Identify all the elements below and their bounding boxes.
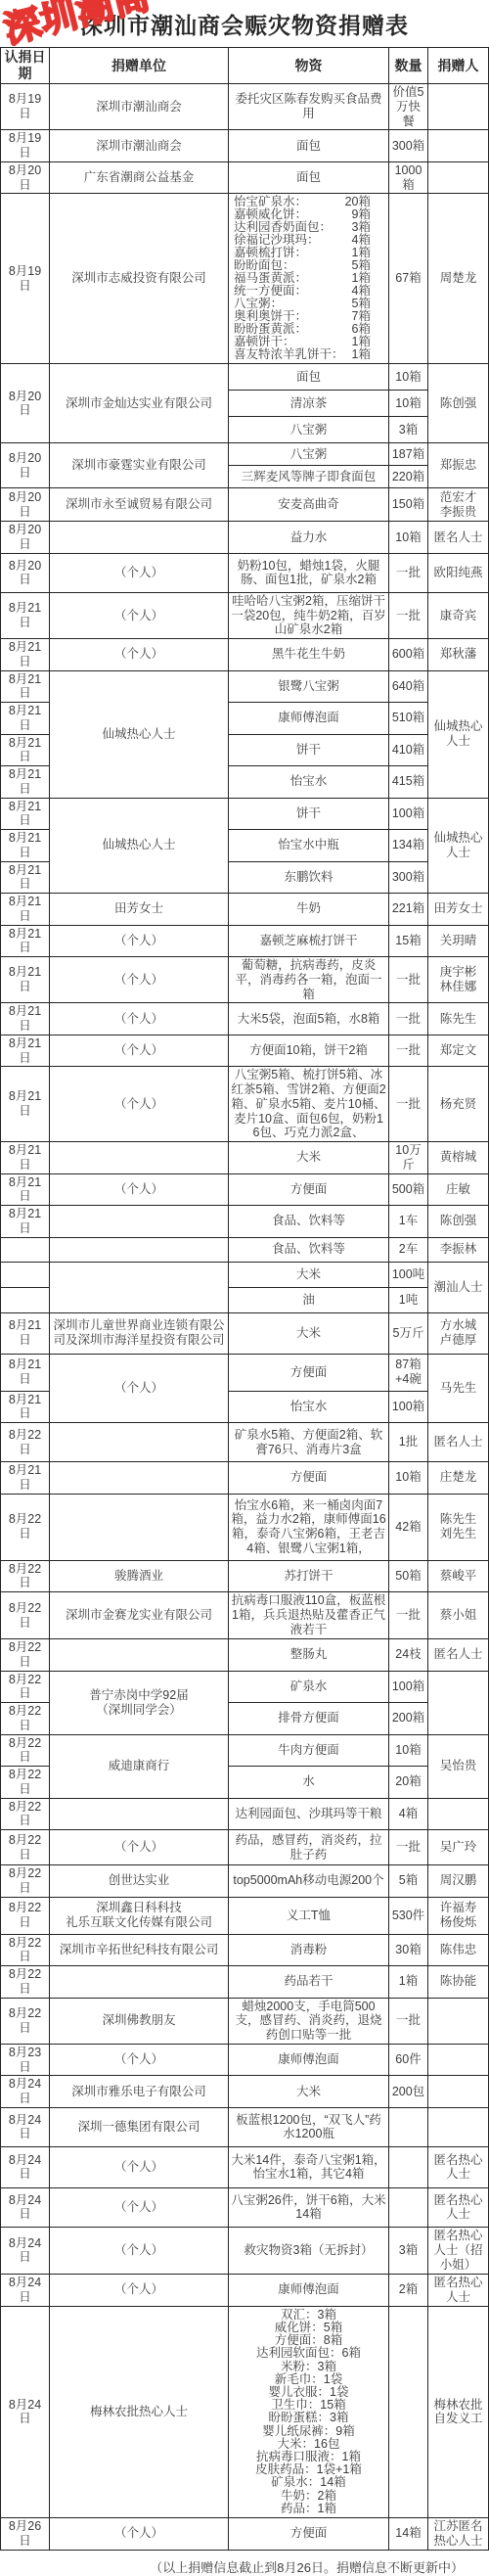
cell: 3箱 [389,2227,428,2274]
cell: 8月21日 [1,1354,50,1391]
cell: 8月21日 [1,1206,50,1238]
table-row: 8月22日深圳市金赛龙实业有限公司抗病毒口服液110盒，板蓝根1箱，兵兵退热贴及… [1,1592,489,1639]
cell: 10箱 [389,364,428,391]
footer-note: （以上捐赠信息截止到8月26日。捐赠信息不断更新中） [0,2551,489,2576]
cell: 8月22日 [1,1592,50,1639]
cell: 矿泉水5箱、方便面2箱、软膏76只、消毒片3盒 [229,1423,389,1462]
cell: 田芳女士 [50,894,229,926]
cell: 威迪康商行 [50,1734,229,1798]
cell: 8月22日 [1,1966,50,1999]
cell: 30箱 [389,1934,428,1966]
table-row: 8月22日达利园面包、沙琪玛等干粮4箱 [1,1798,489,1830]
cell: 安麦高曲奇 [229,488,389,522]
cell: 221箱 [389,894,428,926]
cell: 匿名人士 [428,522,489,554]
cell: 2箱 [389,2274,428,2306]
cell: 3箱 [389,417,428,443]
cell: 10箱 [389,522,428,554]
table-row: 8月21日大米10万斤黄榕城 [1,1142,489,1174]
cell: 康师傅泡面 [229,703,389,735]
cell: 深圳市雅乐电子有限公司 [50,2076,229,2108]
table-row: 8月21日（个人）方便面87箱 +4碗马先生 [1,1354,489,1391]
cell [428,1671,489,1734]
table-row: 8月21日食品、饮料等1车陈创强 [1,1206,489,1238]
cell: 8月23日 [1,2044,50,2076]
cell: 8月22日 [1,1830,50,1865]
table-row: 8月24日（个人）救灾物资3箱（无拆封）3箱匿名热心人士（招小姐） [1,2227,489,2274]
cell: 8月21日 [1,734,50,766]
cell [389,2107,428,2146]
cell: 深圳市潮汕商会 [50,84,229,130]
cell: 8月21日 [1,925,50,957]
cell: （个人） [50,1067,229,1142]
cell: 仙城热心人士 [50,798,229,894]
item-line: 牛奶：2箱 [229,2490,388,2503]
cell: 黄榕城 [428,1142,489,1174]
cell [1,1262,50,1287]
page-title: 深圳市潮汕商会赈灾物资捐赠表 [0,0,489,40]
cell: 三辉麦风等牌子即食面包 [229,466,389,488]
cell: 8月22日 [1,1734,50,1767]
column-header: 认捐日期 [1,48,50,84]
table-row: 8月19日深圳市潮汕商会委托灾区陈春发购买食品费用价值5万快餐 [1,84,489,130]
cell: 马先生 [428,1354,489,1423]
cell: 周楚龙 [428,194,489,364]
table-row: 8月22日创世达实业top5000mAh移动电源200个5箱周汉鹏 [1,1865,489,1898]
table-row: 8月24日（个人）康师傅泡面2箱匿名热心人士 [1,2274,489,2306]
cell: 8月21日 [1,1312,50,1354]
cell: 8月21日 [1,670,50,703]
cell: 嘉顿芝麻梳打饼干 [229,925,389,957]
cell: 康师傅泡面 [229,2274,389,2306]
cell [50,1462,229,1495]
table-row: 8月20日广东省潮商公益基金面包1000箱 [1,161,489,194]
cell: 关玥晴 [428,925,489,957]
cell [50,1639,229,1672]
cell: 方水城 卢德厚 [428,1312,489,1354]
cell: 委托灾区陈春发购买食品费用 [229,84,389,130]
table-row: 8月20日（个人）奶粉10包，蜡烛1袋，火腿肠、面包1批，矿泉水2箱一批欧阳纯燕 [1,553,489,592]
item-qty: 1箱 [352,348,371,361]
cell: 救灾物资3箱（无拆封） [229,2227,389,2274]
table-row: 8月21日（个人）葡萄糖，抗病毒药，皮炎平，消毒药各一箱，泡面一箱一批庚宇彬 林… [1,957,489,1003]
cell: 方便面 [229,1354,389,1391]
cell: 蜡烛2000支，手电筒500支，感冒药、消炎药，退烧药创口贴等一批 [229,1998,389,2044]
cell: 8月24日 [1,2227,50,2274]
table-row: 8月21日（个人）黑牛花生牛奶600箱郑秋藩 [1,639,489,671]
cell: 300箱 [389,861,428,894]
table-row: 8月19日深圳市潮汕商会面包300箱 [1,130,489,162]
cell: 奶粉10包，蜡烛1袋，火腿肠、面包1批，矿泉水2箱 [229,553,389,592]
cell: （个人） [50,1173,229,1206]
cell: 郑振忠 [428,443,489,488]
column-header: 物资 [229,48,389,84]
cell [428,1998,489,2044]
cell: 一批 [389,1067,428,1142]
cell: 530件 [389,1897,428,1934]
cell: 大米 [229,1262,389,1287]
cell: 一批 [389,592,428,638]
cell: 大米5袋，泡面5箱，水8箱 [229,1003,389,1035]
cell: 方便面10箱，饼干2箱 [229,1035,389,1067]
item-line: 婴儿纸尿裤：9箱 [229,2425,388,2438]
table-row: 8月21日仙城热心人士饼干100箱仙城热心人士 [1,798,489,830]
cell: 大米 [229,2076,389,2108]
cell: （个人） [50,2187,229,2227]
cell: 8月24日 [1,2187,50,2227]
cell: 八宝粥5箱、梳打饼5箱、冰红茶5箱、雪饼2箱、方便面2箱、矿泉水5箱、麦片10桶… [229,1067,389,1142]
table-row: 8月22日普宁赤岗中学92届 （深圳同学会）矿泉水100箱 [1,1671,489,1703]
table-row: 8月24日深圳市雅乐电子有限公司大米200包 [1,2076,489,2108]
cell: 一批 [389,1035,428,1067]
table-row: 8月24日梅林农批热心人士双汇：3箱威化饼：5箱方便面：8箱达利园软面包：6箱米… [1,2306,489,2517]
cell: 双汇：3箱威化饼：5箱方便面：8箱达利园软面包：6箱米粉：3箱新毛巾：1袋婴儿衣… [229,2306,389,2517]
cell: 8月26日 [1,2518,50,2551]
cell: 大米14件，泰奇八宝粥1箱，怡宝水1箱，其它4箱 [229,2146,389,2187]
cell: （个人） [50,2044,229,2076]
cell: 100箱 [389,1671,428,1703]
table-row: 8月22日怡宝水6箱，来一桶卤肉面7箱，益力水2箱，康师傅面16箱，泰奇八宝粥6… [1,1494,489,1560]
cell: 许福寿 杨俊烁 [428,1897,489,1934]
cell: （个人） [50,639,229,671]
cell: 周汉鹏 [428,1865,489,1898]
cell: 面包 [229,161,389,194]
cell: 方便面 [229,1462,389,1495]
cell [428,84,489,130]
table-row: 8月19日深圳市志威投资有限公司怡宝矿泉水：20箱嘉顿威化饼：9箱达利园香奶面包… [1,194,489,364]
cell: （个人） [50,553,229,592]
table-row: 8月21日（个人）嘉顿芝麻梳打饼干15箱关玥晴 [1,925,489,957]
cell: 庚宇彬 林佳娜 [428,957,489,1003]
cell: 黑牛花生牛奶 [229,639,389,671]
table-row: 8月21日深圳市儿童世界商业连锁有限公司及深圳市海洋星投资有限公司大米5万斤方水… [1,1312,489,1354]
column-header: 数量 [389,48,428,84]
cell: 87箱 +4碗 [389,1354,428,1391]
cell: 抗病毒口服液110盒，板蓝根1箱，兵兵退热贴及藿香正气液若干 [229,1592,389,1639]
cell: 梅林农批 自发义工 [428,2306,489,2517]
cell: 方便面 [229,2518,389,2551]
cell: 5万斤 [389,1312,428,1354]
cell: 8月21日 [1,830,50,862]
cell [1,1237,50,1262]
cell [50,1423,229,1462]
cell: 8月19日 [1,84,50,130]
cell: 牛肉方便面 [229,1734,389,1767]
donation-table-header: 认捐日期捐赠单位物资数量捐赠人 [1,48,489,84]
item-line: 新毛巾：1袋 [229,2373,388,2386]
cell: 面包 [229,364,389,391]
cell [428,2044,489,2076]
table-row: 8月21日（个人）八宝粥5箱、梳打饼5箱、冰红茶5箱、雪饼2箱、方便面2箱、矿泉… [1,1067,489,1142]
cell: 一批 [389,1830,428,1865]
cell: 庄楚龙 [428,1462,489,1495]
cell: 8月21日 [1,1003,50,1035]
cell: 深圳市豪霆实业有限公司 [50,443,229,488]
cell: 吴广玲 [428,1830,489,1865]
cell: 1000箱 [389,161,428,194]
table-row: 8月21日田芳女士牛奶221箱田芳女士 [1,894,489,926]
cell: 整肠丸 [229,1639,389,1672]
cell: （个人） [50,2227,229,2274]
cell: 怡宝水6箱，来一桶卤肉面7箱，益力水2箱，康师傅面16箱，泰奇八宝粥6箱，王老吉… [229,1494,389,1560]
cell: 8月21日 [1,894,50,926]
cell: 1箱 [389,1966,428,1999]
cell: 深圳市儿童世界商业连锁有限公司及深圳市海洋星投资有限公司 [50,1312,229,1354]
cell: 8月22日 [1,1767,50,1799]
item-line: 米粉：3箱 [229,2361,388,2373]
cell: 义工T恤 [229,1897,389,1934]
cell: 深圳佛教朋友 [50,1998,229,2044]
table-row: 8月22日深圳鑫日科科技 礼乐互联文化传媒有限公司义工T恤530件许福寿 杨俊烁 [1,1897,489,1934]
cell [50,1237,229,1262]
cell: 24枝 [389,1639,428,1672]
cell: （个人） [50,2146,229,2187]
item-line: 盼盼蛋糕：3箱 [229,2412,388,2424]
table-row: 大米100吨潮汕人士 [1,1262,489,1287]
table-row: 8月21日（个人）大米5袋，泡面5箱，水8箱一批陈先生 [1,1003,489,1035]
item-line: 达利园软面包：6箱 [229,2347,388,2360]
cell: 葡萄糖，抗病毒药，皮炎平，消毒药各一箱，泡面一箱 [229,957,389,1003]
cell: 600箱 [389,639,428,671]
cell: 8月21日 [1,1462,50,1495]
cell: 吴怡贵 [428,1734,489,1798]
cell: 10箱 [389,1734,428,1767]
cell [1,1287,50,1312]
cell: 8月22日 [1,1897,50,1934]
cell: 8月22日 [1,1703,50,1735]
cell: 田芳女士 [428,894,489,926]
cell: 10箱 [389,1462,428,1495]
table-row: 8月22日药品若干1箱陈协能 [1,1966,489,1999]
cell: 10箱 [389,391,428,417]
item-line: 药品：1箱 [229,2503,388,2515]
cell: 食品、饮料等 [229,1206,389,1238]
item-line: 大米：16包 [229,2438,388,2451]
cell: 八宝粥 [229,417,389,443]
cell: 陈先生 刘先生 [428,1494,489,1560]
cell: 8月22日 [1,1494,50,1560]
cell: 怡宝水 [229,1391,389,1423]
cell: （个人） [50,1354,229,1423]
cell: 2车 [389,1237,428,1262]
cell: 油 [229,1287,389,1312]
cell: 150箱 [389,488,428,522]
cell: 8月20日 [1,553,50,592]
cell: 创世达实业 [50,1865,229,1898]
cell: 8月22日 [1,1998,50,2044]
cell: 八宝粥26件，饼干6箱，大米14箱 [229,2187,389,2227]
cell: 陈伟忠 [428,1934,489,1966]
cell: 食品、饮料等 [229,1237,389,1262]
cell: 8月21日 [1,957,50,1003]
cell: 饼干 [229,734,389,766]
cell: 银鹭八宝粥 [229,670,389,703]
cell: 20箱 [389,1767,428,1799]
cell: 1车 [389,1206,428,1238]
table-row: 食品、饮料等2车李振林 [1,1237,489,1262]
cell: 8月21日 [1,1142,50,1174]
table-row: 8月22日骏腾酒业苏打饼干50箱蔡峻平 [1,1560,489,1592]
cell: 8月21日 [1,1067,50,1142]
cell: 一批 [389,1592,428,1639]
donation-table: 认捐日期捐赠单位物资数量捐赠人 8月19日深圳市潮汕商会委托灾区陈春发购买食品费… [0,47,489,2551]
cell: （个人） [50,925,229,957]
cell: 牛奶 [229,894,389,926]
cell: 匿名人士 [428,1639,489,1672]
table-row: 8月22日深圳佛教朋友蜡烛2000支，手电筒500支，感冒药、消炎药，退烧药创口… [1,1998,489,2044]
table-row: 8月20日深圳市金灿达实业有限公司面包10箱陈创强 [1,364,489,391]
table-row: 8月22日整肠丸24枝匿名人士 [1,1639,489,1672]
cell: （个人） [50,2274,229,2306]
cell: 187箱 [389,443,428,466]
cell: 42箱 [389,1494,428,1560]
cell: 欧阳纯燕 [428,553,489,592]
cell: 苏打饼干 [229,1560,389,1592]
cell: 8月19日 [1,194,50,364]
table-row: 8月22日（个人）药品，感冒药，消炎药，拉肚子药一批吴广玲 [1,1830,489,1865]
cell [428,1798,489,1830]
cell: 匿名热心人士 [428,2146,489,2187]
cell: 仙城热心人士 [50,670,229,798]
cell: 面包 [229,130,389,162]
cell [389,2306,428,2517]
cell: 怡宝矿泉水：20箱嘉顿威化饼：9箱达利园香奶面包：3箱徐福记沙琪玛：4箱嘉顿梳打… [229,194,389,364]
donation-table-body: 8月19日深圳市潮汕商会委托灾区陈春发购买食品费用价值5万快餐8月19日深圳市潮… [1,84,489,2551]
cell: 陈创强 [428,364,489,443]
cell: 一批 [389,1003,428,1035]
table-row: 8月22日威迪康商行牛肉方便面10箱吴怡贵 [1,1734,489,1767]
cell: 220箱 [389,466,428,488]
table-row: 8月21日仙城热心人士银鹭八宝粥640箱仙城热心人士 [1,670,489,703]
cell: 60件 [389,2044,428,2076]
cell: 深圳市志威投资有限公司 [50,194,229,364]
cell: 8月24日 [1,2107,50,2146]
cell: 深圳市金灿达实业有限公司 [50,364,229,443]
cell: 8月22日 [1,1865,50,1898]
cell [428,2076,489,2108]
table-row: 8月24日（个人）大米14件，泰奇八宝粥1箱，怡宝水1箱，其它4箱匿名热心人士 [1,2146,489,2187]
column-header: 捐赠人 [428,48,489,84]
cell: 怡宝水中瓶 [229,830,389,862]
cell [50,1206,229,1238]
cell: 510箱 [389,703,428,735]
cell: 8月24日 [1,2076,50,2108]
cell: 8月21日 [1,592,50,638]
cell: 方便面 [229,1173,389,1206]
cell: 杨充贤 [428,1067,489,1142]
cell: 8月21日 [1,1391,50,1423]
cell [428,130,489,162]
cell: 深圳一德集团有限公司 [50,2107,229,2146]
cell: 江苏匿名 热心人士 [428,2518,489,2551]
cell [428,2107,489,2146]
cell [389,2146,428,2187]
cell: 8月24日 [1,2306,50,2517]
cell: 陈协能 [428,1966,489,1999]
cell: 10万斤 [389,1142,428,1174]
cell: 深圳鑫日科科技 礼乐互联文化传媒有限公司 [50,1897,229,1934]
cell: 大米 [229,1312,389,1354]
cell: 水 [229,1767,389,1799]
cell: 仙城热心人士 [428,670,489,798]
cell: 八宝粥 [229,443,389,466]
cell: 8月21日 [1,798,50,830]
cell: 郑秋藩 [428,639,489,671]
cell: 价值5万快餐 [389,84,428,130]
table-row: 8月20日深圳市豪霆实业有限公司八宝粥187箱郑振忠 [1,443,489,466]
cell: 640箱 [389,670,428,703]
cell: 匿名热心人士 [428,2274,489,2306]
cell: 8月20日 [1,161,50,194]
cell: 普宁赤岗中学92届 （深圳同学会） [50,1671,229,1734]
cell [50,1262,229,1312]
cell: 410箱 [389,734,428,766]
table-row: 8月20日益力水10箱匿名人士 [1,522,489,554]
cell: 药品若干 [229,1966,389,1999]
cell: 8月21日 [1,703,50,735]
cell: 康奇宾 [428,592,489,638]
cell: 梅林农批热心人士 [50,2306,229,2517]
cell: 8月24日 [1,2146,50,2187]
cell: 郑定文 [428,1035,489,1067]
cell [50,1494,229,1560]
cell: 康师傅泡面 [229,2044,389,2076]
cell: 一批 [389,553,428,592]
cell: 潮汕人士 [428,1262,489,1312]
cell: 深圳市永至诚贸易有限公司 [50,488,229,522]
cell: 匿名热心人士（招小姐） [428,2227,489,2274]
cell: 板蓝根1200包，“双飞人”药水1200瓶 [229,2107,389,2146]
cell: 达利园面包、沙琪玛等干粮 [229,1798,389,1830]
table-row: 8月21日（个人）方便面10箱，饼干2箱一批郑定文 [1,1035,489,1067]
item-name: 喜友特浓羊乳饼干： [234,348,344,361]
table-row: 8月22日矿泉水5箱、方便面2箱、软膏76只、消毒片3盒1批匿名人士 [1,1423,489,1462]
cell: 8月21日 [1,639,50,671]
cell: 益力水 [229,522,389,554]
cell: 蔡小姐 [428,1592,489,1639]
cell: 清凉茶 [229,391,389,417]
cell [50,522,229,554]
cell: 4箱 [389,1798,428,1830]
table-row: 8月24日深圳一德集团有限公司板蓝根1200包，“双飞人”药水1200瓶 [1,2107,489,2146]
cell: 300箱 [389,130,428,162]
cell: 深圳市潮汕商会 [50,130,229,162]
cell: 1吨 [389,1287,428,1312]
cell: （个人） [50,957,229,1003]
cell: 庄敏 [428,1173,489,1206]
cell: 8月21日 [1,1035,50,1067]
table-row: 8月23日（个人）康师傅泡面60件 [1,2044,489,2076]
cell: 骏腾酒业 [50,1560,229,1592]
cell: 5箱 [389,1865,428,1898]
cell: 8月20日 [1,488,50,522]
cell: 8月20日 [1,522,50,554]
cell [428,161,489,194]
cell [50,1798,229,1830]
cell: 匿名人士 [428,1423,489,1462]
cell: 8月21日 [1,766,50,799]
cell: 怡宝水 [229,766,389,799]
cell: 8月21日 [1,861,50,894]
table-row: 8月21日方便面10箱庄楚龙 [1,1462,489,1495]
cell: 100箱 [389,798,428,830]
cell [50,1966,229,1999]
cell [50,1142,229,1174]
item-line: 矿泉水：14箱 [229,2476,388,2489]
cell: 蔡峻平 [428,1560,489,1592]
cell: 1批 [389,1423,428,1462]
cell: （个人） [50,1035,229,1067]
